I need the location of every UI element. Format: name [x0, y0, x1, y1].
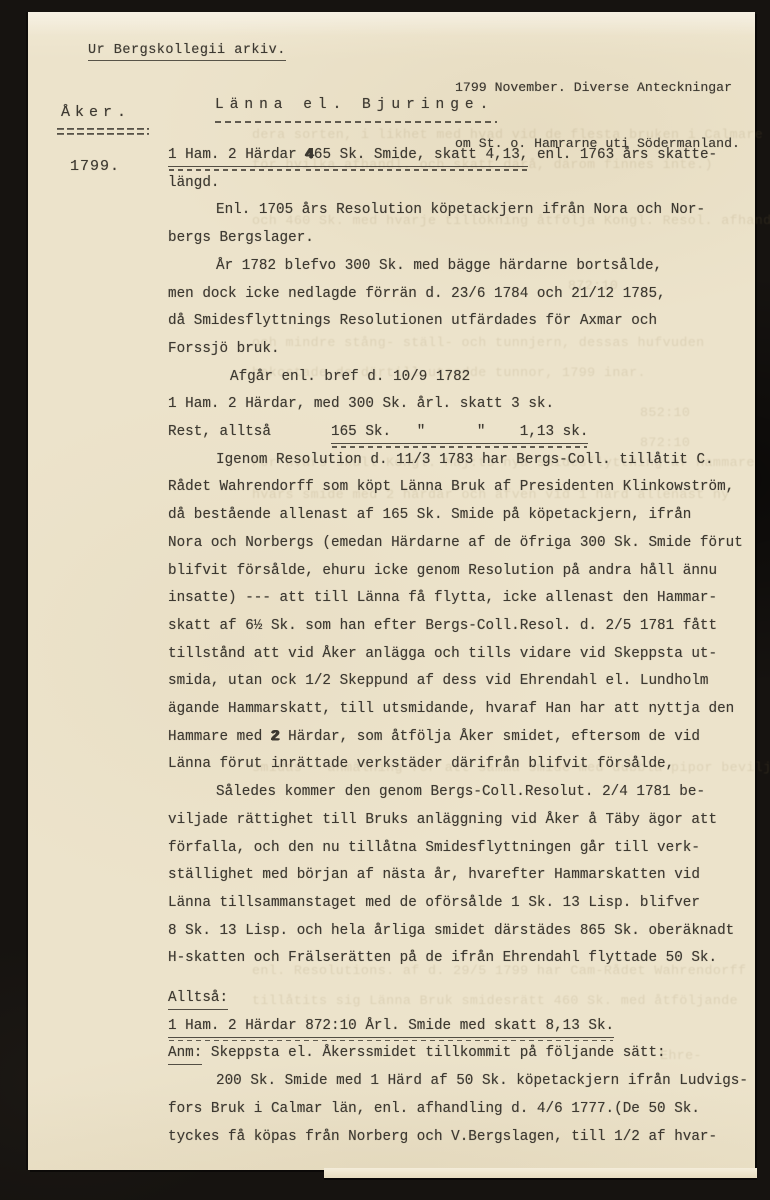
document-line: Nora och Norbergs (emedan Härdarne af de… [168, 534, 743, 553]
document-line: 8 Sk. 13 Lisp. och hela årliga smidet dä… [168, 922, 734, 941]
line-text: 8 Sk. 13 Lisp. och hela årliga smidet dä… [168, 922, 734, 941]
underlined-text: Anm: [168, 1044, 202, 1065]
document-line: tillstånd att vid Åker anlägga och tills… [168, 645, 717, 664]
line-text: då bestående allenast af 165 Sk. Smide p… [168, 506, 691, 525]
document-header-right: 1799 November. Diverse Anteckningar om S… [455, 42, 740, 190]
line-text: Härdar, som åtfölja Åker smidet, efterso… [280, 728, 700, 747]
underlined-text: 165 Sk. " " 1,13 sk. [331, 423, 588, 444]
bleed-through-text: och mindre stång- ställ- och tunnjern, d… [252, 335, 705, 350]
document-line: År 1782 blefvo 300 Sk. med bägge härdarn… [216, 257, 662, 276]
document-line: då bestående allenast af 165 Sk. Smide p… [168, 506, 691, 525]
document-line: Länna tillsammanstaget med de oförsålde … [168, 894, 700, 913]
underlined-text: Alltså: [168, 989, 228, 1010]
line-text: Hammare med [168, 728, 271, 747]
margin-heading: Åker. [61, 104, 131, 121]
document-line: Afgår enl. bref d. 10/9 1782 [230, 368, 470, 387]
document-line: Igenom Resolution d. 11/3 1783 har Bergs… [216, 451, 714, 470]
bleed-through-text: Ehre- [660, 1048, 702, 1063]
header-right-line1: 1799 November. Diverse Anteckningar [455, 79, 740, 98]
bleed-through-text: tillåtits sig Länna Bruk smidesrätt 460 … [252, 993, 738, 1008]
underlined-text: 1 Ham. 2 Härdar [168, 146, 305, 167]
underlined-text: 1 Ham. 2 Härdar 872:10 Årl. Smide med sk… [168, 1017, 614, 1038]
line-text: Forssjö bruk. [168, 340, 280, 359]
document-line: 1 Ham. 2 Härdar 465 Sk. Smide, skatt 4,1… [168, 146, 717, 167]
document-line: Anm: Skeppsta el. Åkerssmidet tillkommit… [168, 1044, 666, 1065]
document-line: förfalla, och den nu tillåtna Smidesflyt… [168, 839, 700, 858]
line-text: H-skatten och Frälserätten på de ifrån E… [168, 949, 717, 968]
title-underline-rule [215, 121, 497, 123]
bleed-through-text: 872:10 [640, 435, 690, 450]
document-line: 200 Sk. Smide med 1 Härd af 50 Sk. köpet… [216, 1072, 748, 1091]
document-line: Hammare med 2 Härdar, som åtfölja Åker s… [168, 728, 700, 747]
line-text: Afgår enl. bref d. 10/9 1782 [230, 368, 470, 387]
document-line: 1 Ham. 2 Härdar 872:10 Årl. Smide med sk… [168, 1017, 614, 1038]
document-page: dera sorten, i likhet med hvad vid de fl… [28, 12, 755, 1170]
line-text: bergs Bergslager. [168, 229, 314, 248]
document-line: insatte) --- att till Länna få flytta, i… [168, 589, 717, 608]
line-text: År 1782 blefvo 300 Sk. med bägge härdarn… [216, 257, 662, 276]
document-line: men dock icke nedlagde förrän d. 23/6 17… [168, 285, 666, 304]
document-line: Rest, alltså 165 Sk. " " 1,13 sk. [168, 423, 588, 444]
line-text: Länna tillsammanstaget med de oförsålde … [168, 894, 700, 913]
line-text: fors Bruk i Calmar län, enl. afhandling … [168, 1100, 700, 1119]
line-text: smida, utan ock 1/2 Skeppund af dess vid… [168, 672, 709, 691]
line-text: Länna förut inrättade verkstäder därifrå… [168, 755, 674, 774]
archive-note: Ur Bergskollegii arkiv. [88, 43, 286, 61]
stacked-sheet-edge [324, 1168, 757, 1178]
line-text: enl. 1763 års skatte- [528, 146, 717, 165]
line-text: blifvit försålde, ehuru icke genom Resol… [168, 562, 717, 581]
line-text: Skeppsta el. Åkerssmidet tillkommit på f… [202, 1044, 665, 1063]
line-text: Rådet Wahrendorff som köpt Länna Bruk af… [168, 478, 734, 497]
document-line: ägande Hammarskatt, till utsmidande, hva… [168, 700, 734, 719]
document-line: då Smidesflyttnings Resolutionen utfärda… [168, 312, 657, 331]
line-text: Igenom Resolution d. 11/3 1783 har Bergs… [216, 451, 714, 470]
line-text: längd. [168, 174, 219, 193]
line-text: Enl. 1705 års Resolution köpetackjern if… [216, 201, 705, 220]
document-line: Länna förut inrättade verkstäder därifrå… [168, 755, 674, 774]
line-text: förfalla, och den nu tillåtna Smidesflyt… [168, 839, 700, 858]
line-text: insatte) --- att till Länna få flytta, i… [168, 589, 717, 608]
document-line: tyckes få köpas från Norberg och V.Bergs… [168, 1128, 717, 1147]
document-line: bergs Bergslager. [168, 229, 314, 248]
document-line: längd. [168, 174, 219, 193]
document-line: blifvit försålde, ehuru icke genom Resol… [168, 562, 717, 581]
margin-year: 1799. [70, 158, 120, 175]
page-title: Länna el. Bjuringe. [215, 97, 494, 113]
line-text: tyckes få köpas från Norberg och V.Bergs… [168, 1128, 717, 1147]
document-line: Forssjö bruk. [168, 340, 280, 359]
line-text: ägande Hammarskatt, till utsmidande, hva… [168, 700, 734, 719]
line-text: viljade rättighet till Bruks anläggning … [168, 811, 717, 830]
line-text: men dock icke nedlagde förrän d. 23/6 17… [168, 285, 666, 304]
screenshot-root: { "document": { "archive_note": "Ur Berg… [0, 0, 770, 1200]
line-text: då Smidesflyttnings Resolutionen utfärda… [168, 312, 657, 331]
line-text: 1 Ham. 2 Härdar, med 300 Sk. årl. skatt … [168, 395, 554, 414]
line-text: Nora och Norbergs (emedan Härdarne af de… [168, 534, 743, 553]
line-text: 200 Sk. Smide med 1 Härd af 50 Sk. köpet… [216, 1072, 748, 1091]
line-text: 2 [271, 728, 280, 747]
line-text: tillstånd att vid Åker anlägga och tills… [168, 645, 717, 664]
document-line: Således kommer den genom Bergs-Coll.Reso… [216, 783, 705, 802]
document-line: skatt af 6½ Sk. som han efter Bergs-Coll… [168, 617, 717, 636]
document-line: Rådet Wahrendorff som köpt Länna Bruk af… [168, 478, 734, 497]
document-line: smida, utan ock 1/2 Skeppund af dess vid… [168, 672, 709, 691]
bleed-through-text: 852:10 [640, 405, 690, 420]
underlined-text: 4 [305, 146, 314, 167]
line-text: skatt af 6½ Sk. som han efter Bergs-Coll… [168, 617, 717, 636]
underlined-text: 65 Sk. Smide, skatt 4,13, [314, 146, 529, 167]
document-line: Alltså: [168, 989, 228, 1010]
document-line: 1 Ham. 2 Härdar, med 300 Sk. årl. skatt … [168, 395, 554, 414]
document-line: Enl. 1705 års Resolution köpetackjern if… [216, 201, 705, 220]
line-text: Rest, alltså [168, 423, 331, 442]
document-line: ställighet med början af nästa år, hvare… [168, 866, 700, 885]
document-line: viljade rättighet till Bruks anläggning … [168, 811, 717, 830]
line-text: Således kommer den genom Bergs-Coll.Reso… [216, 783, 705, 802]
document-line: fors Bruk i Calmar län, enl. afhandling … [168, 1100, 700, 1119]
document-line: H-skatten och Frälserätten på de ifrån E… [168, 949, 717, 968]
margin-heading-underline-rule [57, 128, 149, 135]
line-text: ställighet med början af nästa år, hvare… [168, 866, 700, 885]
